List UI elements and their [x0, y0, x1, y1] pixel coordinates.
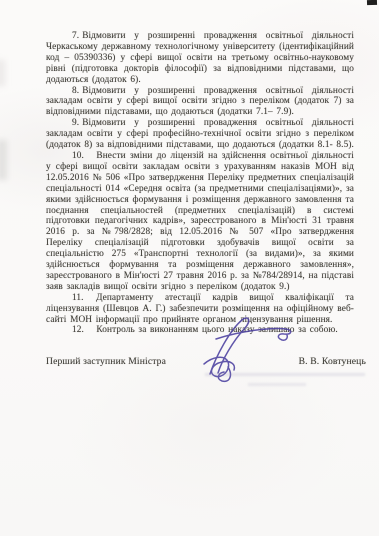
signature-title: Перший заступник Міністра [46, 356, 166, 367]
bleed-through-smudge [205, 373, 365, 376]
paragraph-number: 8. [72, 86, 79, 96]
scan-smudge [0, 140, 7, 180]
paragraph-text: Відмовити у розширенні провадження освіт… [46, 118, 354, 150]
order-paragraph-10: 10. Внести зміни до ліцензій на здійснен… [46, 151, 354, 293]
paragraph-number: 10. [72, 151, 93, 161]
order-paragraph-8: 8.Відмовити у розширенні провадження осв… [46, 86, 354, 119]
paragraph-number: 11. [72, 293, 93, 303]
paragraph-number: 9. [72, 118, 79, 128]
order-paragraph-9: 9.Відмовити у розширенні провадження осв… [46, 118, 354, 151]
scan-artifact-corner [367, 0, 377, 5]
paragraph-text: Внести зміни до ліцензій на здійснення о… [46, 151, 354, 292]
bleed-through-smudge [248, 383, 306, 386]
paragraph-number: 7. [72, 31, 79, 41]
paragraph-text: Відмовити у розширенні провадження освіт… [46, 31, 354, 85]
order-text-block: 7.Відмовити у розширенні провадження осв… [46, 31, 354, 336]
paragraph-text: Відмовити у розширенні провадження освіт… [46, 86, 354, 118]
scan-smudge [0, 60, 5, 86]
order-paragraph-7: 7.Відмовити у розширенні провадження осв… [46, 31, 354, 86]
signer-name: В. В. Ковтунець [299, 356, 366, 367]
scanned-order-page: 7.Відмовити у розширенні провадження осв… [0, 0, 379, 536]
paragraph-number: 12. [72, 325, 93, 335]
